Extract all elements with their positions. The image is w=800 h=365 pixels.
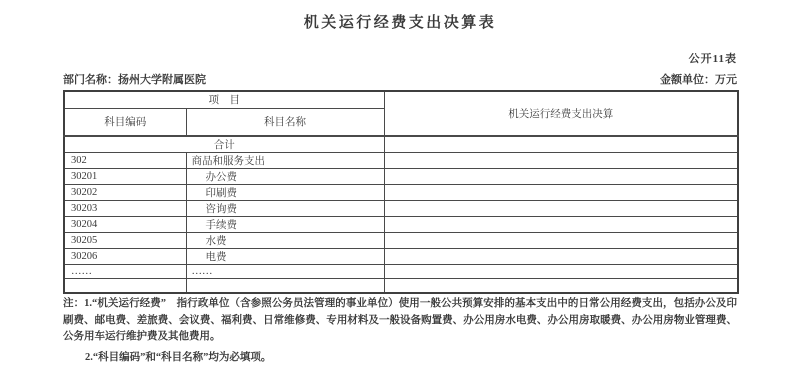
table-row: 302 商品和服务支出 bbox=[64, 153, 738, 169]
subject-code: 30205 bbox=[64, 233, 186, 249]
subject-value bbox=[384, 153, 738, 169]
subject-name: 办公费 bbox=[186, 169, 384, 185]
header-project: 项 目 bbox=[64, 91, 384, 108]
subject-value bbox=[384, 233, 738, 249]
footnotes: 注：1.“机关运行经费” 指行政单位（含参照公务员法管理的事业单位）使用一般公共… bbox=[63, 296, 737, 365]
table-code-label: 公开11表 bbox=[689, 50, 737, 66]
subject-name: 印刷费 bbox=[186, 185, 384, 201]
subject-name: 商品和服务支出 bbox=[186, 153, 384, 169]
budget-table: 项 目 机关运行经费支出决算 科目编码 科目名称 合计 302 商品和服务支出 … bbox=[63, 90, 739, 294]
subject-code: …… bbox=[64, 265, 186, 279]
amount-unit-field: 金额单位：万元 bbox=[660, 71, 737, 87]
subject-code: 30206 bbox=[64, 249, 186, 265]
amount-unit-value: 万元 bbox=[715, 74, 737, 86]
footnote-1: 注：1.“机关运行经费” 指行政单位（含参照公务员法管理的事业单位）使用一般公共… bbox=[63, 296, 737, 346]
subject-name: …… bbox=[186, 265, 384, 279]
table-row: 30204 手续费 bbox=[64, 217, 738, 233]
subject-value bbox=[384, 169, 738, 185]
header-name-column: 科目名称 bbox=[186, 108, 384, 136]
table-row: 30202 印刷费 bbox=[64, 185, 738, 201]
subject-name: 电费 bbox=[186, 249, 384, 265]
table-row: 30206 电费 bbox=[64, 249, 738, 265]
total-row: 合计 bbox=[64, 136, 738, 153]
department-field: 部门名称：扬州大学附属医院 bbox=[63, 71, 206, 87]
subject-code: 30204 bbox=[64, 217, 186, 233]
subject-name: 手续费 bbox=[186, 217, 384, 233]
total-value bbox=[384, 136, 738, 153]
table-row bbox=[64, 279, 738, 293]
subject-name bbox=[186, 279, 384, 293]
table-row: …… …… bbox=[64, 265, 738, 279]
department-name: 扬州大学附属医院 bbox=[118, 74, 206, 86]
subject-code bbox=[64, 279, 186, 293]
subject-value bbox=[384, 249, 738, 265]
meta-row: 部门名称：扬州大学附属医院 金额单位：万元 bbox=[63, 71, 737, 87]
total-label: 合计 bbox=[64, 136, 384, 153]
subject-value bbox=[384, 185, 738, 201]
subject-value bbox=[384, 201, 738, 217]
header-value-column: 机关运行经费支出决算 bbox=[384, 91, 738, 136]
header-code-column: 科目编码 bbox=[64, 108, 186, 136]
document-page: 机关运行经费支出决算表 公开11表 部门名称：扬州大学附属医院 金额单位：万元 … bbox=[0, 0, 800, 365]
subject-name: 水费 bbox=[186, 233, 384, 249]
header-row-project: 项 目 机关运行经费支出决算 bbox=[64, 91, 738, 108]
subject-code: 30201 bbox=[64, 169, 186, 185]
table-row: 30205 水费 bbox=[64, 233, 738, 249]
subject-code: 302 bbox=[64, 153, 186, 169]
amount-unit-label: 金额单位： bbox=[660, 74, 715, 86]
subject-value bbox=[384, 217, 738, 233]
subject-code: 30203 bbox=[64, 201, 186, 217]
table-row: 30201 办公费 bbox=[64, 169, 738, 185]
footnote-2: 2.“科目编码”和“科目名称”均为必填项。 bbox=[63, 350, 737, 365]
department-label: 部门名称： bbox=[63, 74, 118, 86]
table-row: 30203 咨询费 bbox=[64, 201, 738, 217]
subject-code: 30202 bbox=[64, 185, 186, 201]
subject-name: 咨询费 bbox=[186, 201, 384, 217]
subject-value bbox=[384, 279, 738, 293]
page-title: 机关运行经费支出决算表 bbox=[0, 11, 800, 32]
subject-value bbox=[384, 265, 738, 279]
